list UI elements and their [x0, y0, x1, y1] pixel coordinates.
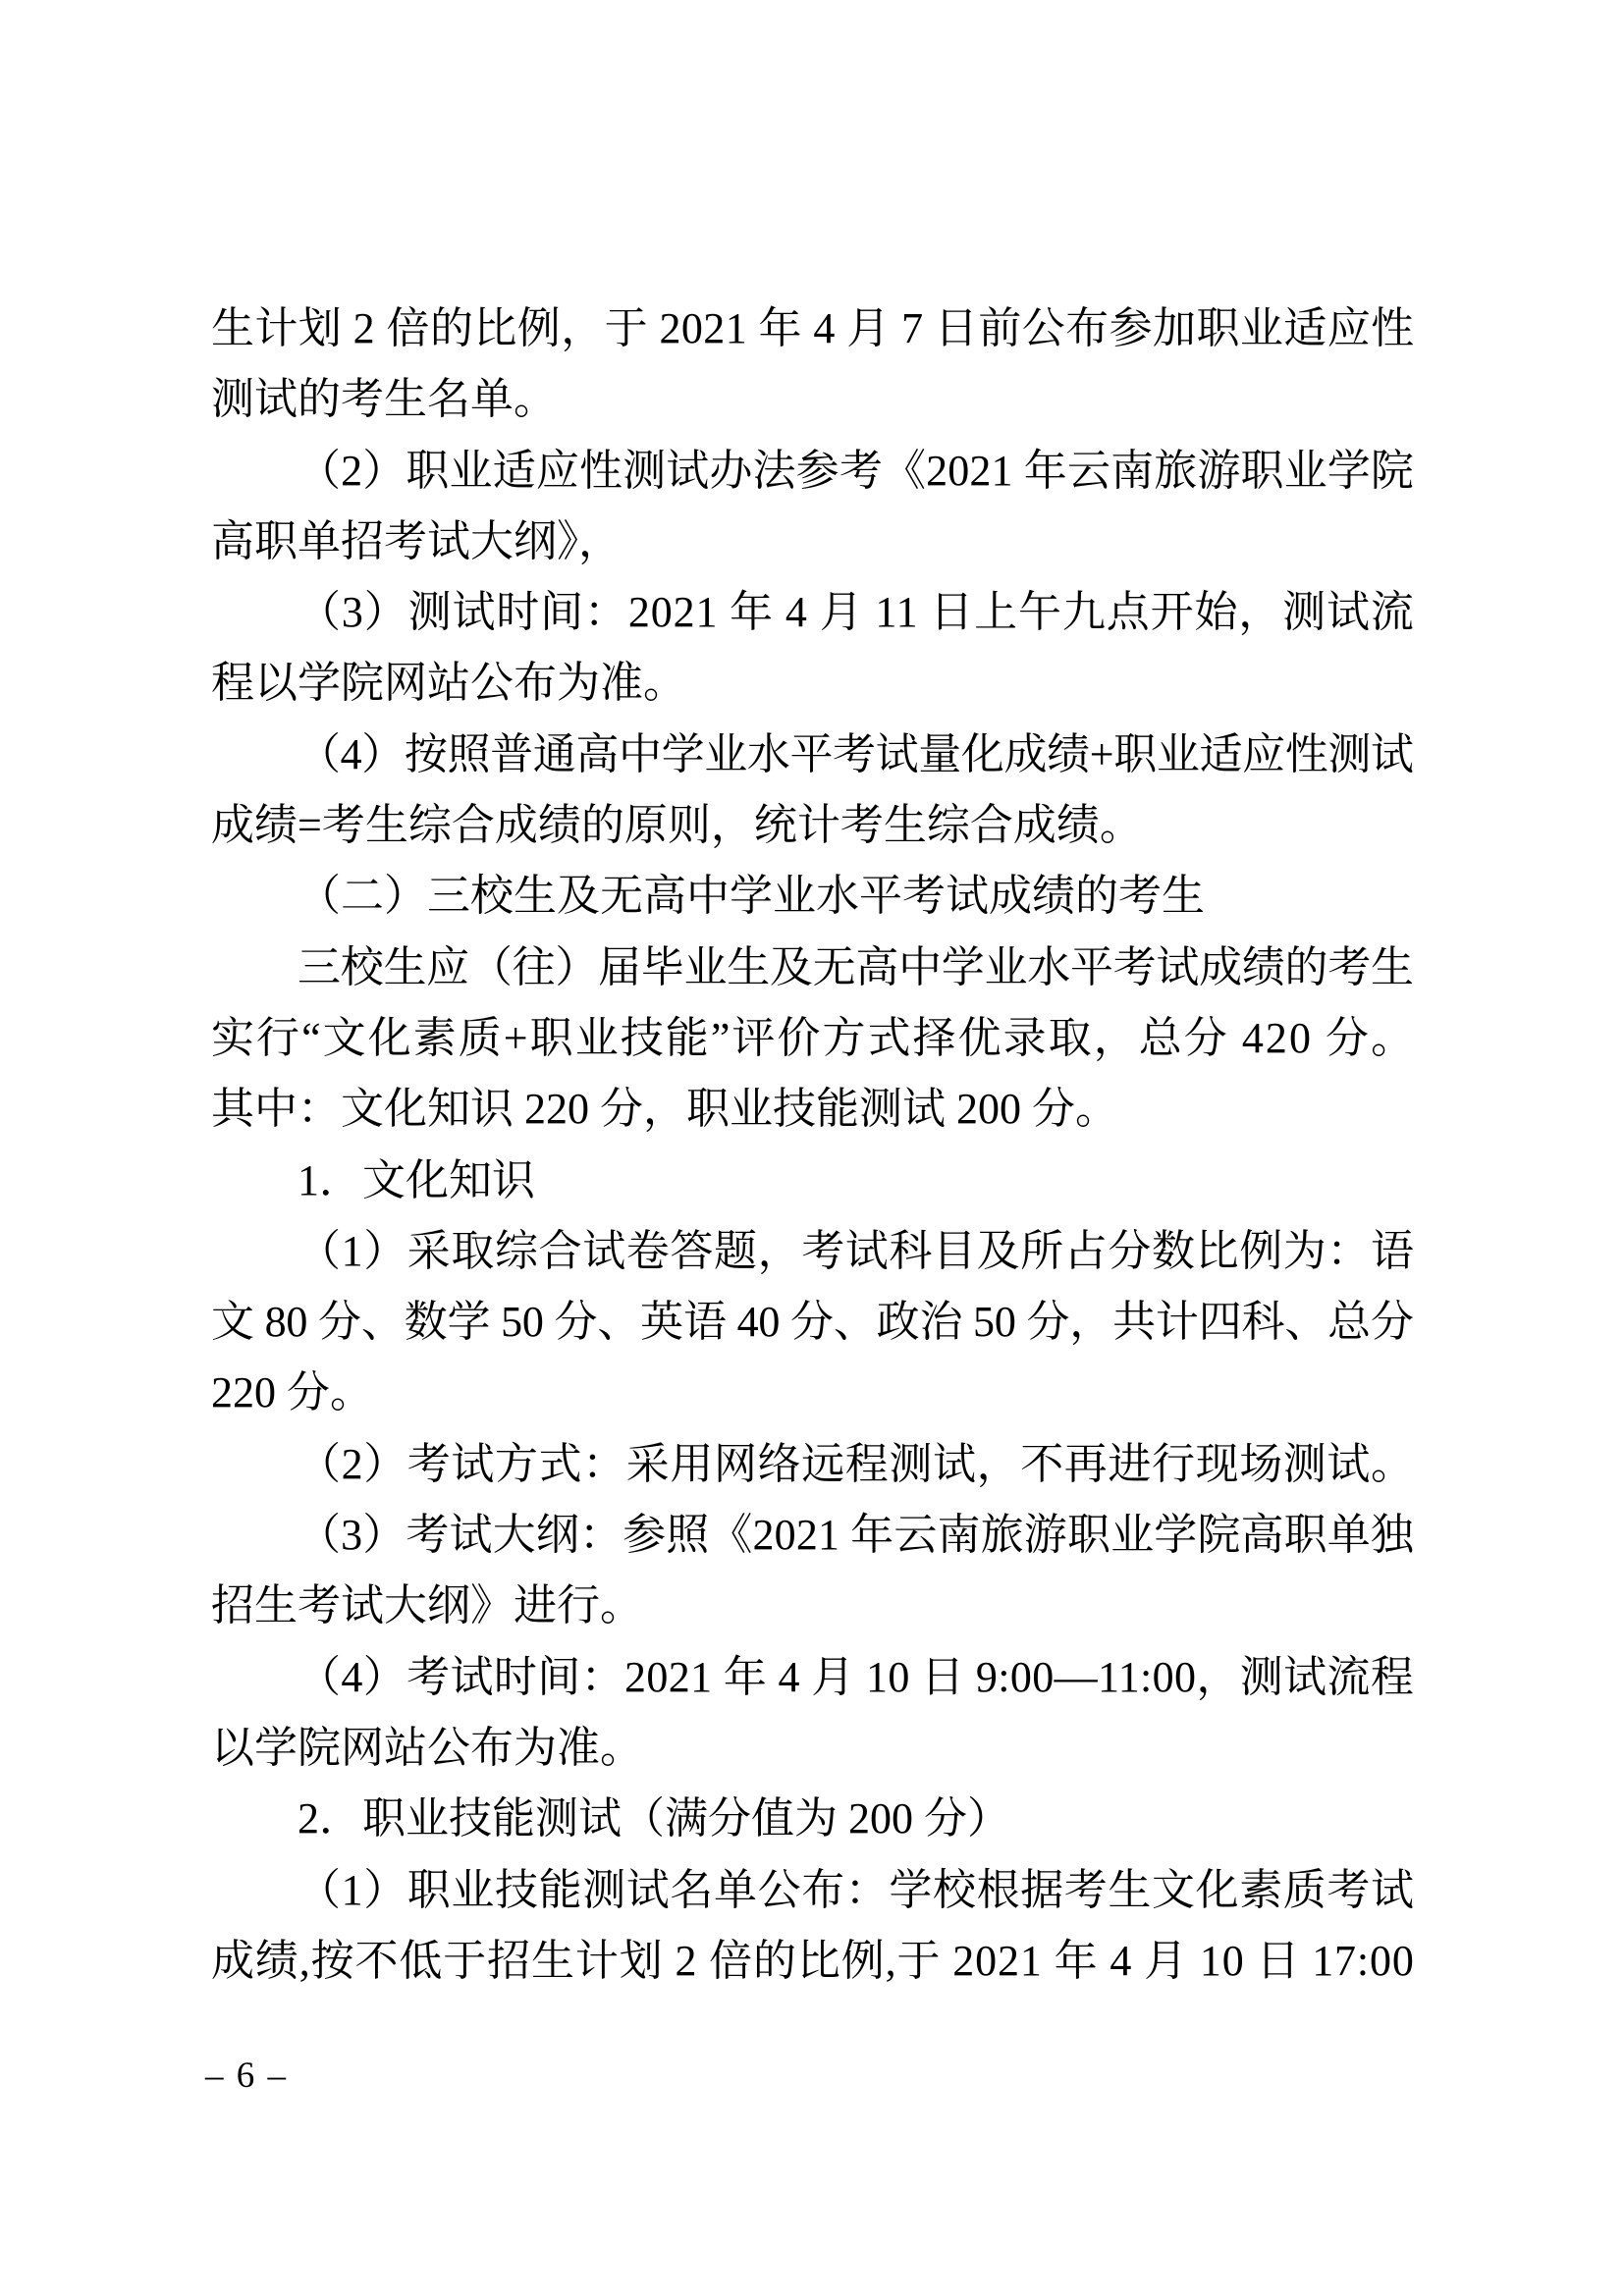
page-body-text: 生计划 2 倍的比例，于 2021 年 4 月 7 日前公布参加职业适应性测试的…: [211, 294, 1414, 1997]
text-line: （4）按照普通高中学业水平考试量化成绩+职业适应性测试: [211, 720, 1414, 790]
text-line: 招生考试大纲》进行。: [211, 1571, 1414, 1641]
text-line: 生计划 2 倍的比例，于 2021 年 4 月 7 日前公布参加职业适应性: [211, 294, 1414, 364]
text-line: （3）考试大纲：参照《2021 年云南旅游职业学院高职单独: [211, 1500, 1414, 1571]
text-line: 成绩=考生综合成绩的原则，统计考生综合成绩。: [211, 790, 1414, 861]
page-number: – 6 –: [205, 2056, 288, 2097]
text-line: 2．职业技能测试（满分值为 200 分）: [211, 1784, 1414, 1854]
text-line: 1．文化知识: [211, 1146, 1414, 1216]
text-line: 测试的考生名单。: [211, 364, 1414, 435]
text-line: （3）测试时间：2021 年 4 月 11 日上午九点开始，测试流: [211, 577, 1414, 648]
text-line: 其中：文化知识 220 分，职业技能测试 200 分。: [211, 1074, 1414, 1145]
text-line: 高职单招考试大纲》，: [211, 507, 1414, 577]
text-line: 程以学院网站公布为准。: [211, 648, 1414, 719]
text-line: （2）考试方式：采用网络远程测试，不再进行现场测试。: [211, 1429, 1414, 1500]
text-line: （1）采取综合试卷答题，考试科目及所占分数比例为：语: [211, 1216, 1414, 1287]
text-line: （二）三校生及无高中学业水平考试成绩的考生: [211, 861, 1414, 932]
text-line: 三校生应（往）届毕业生及无高中学业水平考试成绩的考生: [211, 933, 1414, 1003]
text-line: （1）职业技能测试名单公布：学校根据考生文化素质考试: [211, 1855, 1414, 1926]
text-line: 文 80 分、数学 50 分、英语 40 分、政治 50 分，共计四科、总分: [211, 1287, 1414, 1358]
document-page: 生计划 2 倍的比例，于 2021 年 4 月 7 日前公布参加职业适应性测试的…: [0, 0, 1624, 2296]
text-line: 以学院网站公布为准。: [211, 1713, 1414, 1784]
text-line: 220 分。: [211, 1358, 1414, 1428]
text-line: 实行“文化素质+职业技能”评价方式择优录取，总分 420 分。: [211, 1003, 1414, 1074]
text-line: 成绩,按不低于招生计划 2 倍的比例,于 2021 年 4 月 10 日 17:…: [211, 1926, 1414, 1997]
text-line: （2）职业适应性测试办法参考《2021 年云南旅游职业学院: [211, 436, 1414, 507]
text-line: （4）考试时间：2021 年 4 月 10 日 9:00—11:00，测试流程: [211, 1642, 1414, 1713]
